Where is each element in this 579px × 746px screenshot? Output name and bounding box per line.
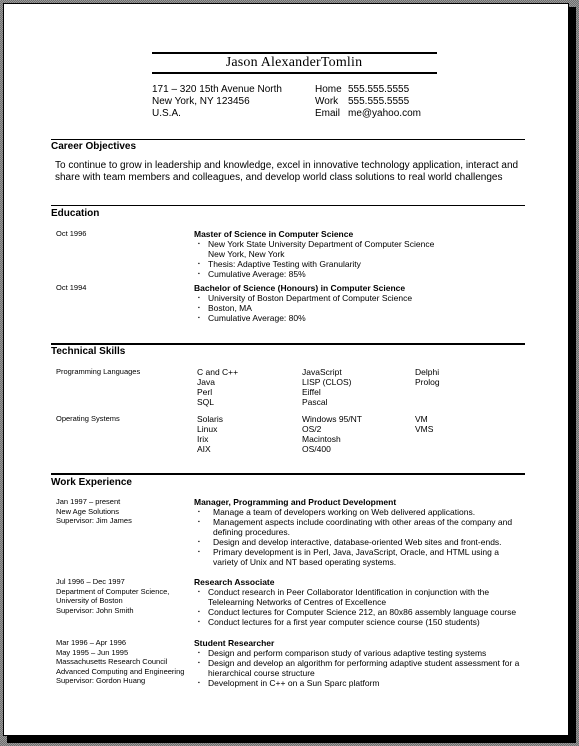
job-employer: Massachusetts Research Council — [56, 657, 184, 667]
job-meta: Jul 1996 – Dec 1997 Department of Comput… — [56, 577, 169, 615]
section-rule — [51, 343, 525, 345]
skill-column: Delphi Prolog — [415, 367, 440, 387]
job-dates: May 1995 – Jun 1995 — [56, 648, 184, 658]
detail-item: Cumulative Average: 85% — [194, 269, 524, 279]
contact-work: Work 555.555.5555 — [315, 96, 421, 108]
skill-column: Windows 95/NT OS/2 Macintosh OS/400 — [302, 414, 362, 454]
skill-item: JavaScript — [302, 367, 351, 377]
job-title: Manager, Programming and Product Develop… — [194, 497, 524, 507]
skill-item: VMS — [415, 424, 433, 434]
job-entry: Student Researcher Design and perform co… — [194, 638, 524, 688]
skill-item: Delphi — [415, 367, 440, 377]
skill-column: C and C++ Java Perl SQL — [197, 367, 238, 407]
degree-details: University of Boston Department of Compu… — [194, 293, 524, 323]
education-entry: Master of Science in Computer Science Ne… — [194, 229, 524, 279]
detail-item: University of Boston Department of Compu… — [194, 293, 524, 303]
degree-title: Master of Science in Computer Science — [194, 229, 524, 239]
duty-item: Management aspects include coordinating … — [194, 517, 524, 537]
degree-details: New York State University Department of … — [194, 239, 524, 279]
skill-group-label: Operating Systems — [56, 414, 120, 424]
skill-item: Solaris — [197, 414, 223, 424]
job-meta: Jan 1997 – present New Age Solutions Sup… — [56, 497, 132, 526]
contact-value: 555.555.5555 — [348, 84, 409, 96]
skill-item: Irix — [197, 434, 223, 444]
job-supervisor: Supervisor: Gordon Huang — [56, 676, 184, 686]
section-rule — [51, 205, 525, 206]
skill-item: VM — [415, 414, 433, 424]
contact-label: Work — [315, 96, 348, 108]
education-date: Oct 1996 — [56, 229, 86, 239]
skill-item: Macintosh — [302, 434, 362, 444]
skill-item: Perl — [197, 387, 238, 397]
job-supervisor: Supervisor: John Smith — [56, 606, 169, 616]
contact-label: Email — [315, 108, 348, 120]
skill-item: Windows 95/NT — [302, 414, 362, 424]
skill-item: SQL — [197, 397, 238, 407]
detail-item: New York State University Department of … — [194, 239, 448, 259]
detail-item: Thesis: Adaptive Testing with Granularit… — [194, 259, 524, 269]
contact-home: Home 555.555.5555 — [315, 84, 421, 96]
job-duties: Conduct research in Peer Collaborator Id… — [194, 587, 524, 627]
duty-item: Conduct lectures for Computer Science 21… — [194, 607, 524, 617]
section-title-career: Career Objectives — [51, 141, 136, 152]
section-rule — [51, 139, 525, 140]
job-meta: Mar 1996 – Apr 1996 May 1995 – Jun 1995 … — [56, 638, 184, 686]
skill-column: VM VMS — [415, 414, 433, 434]
skill-item: Java — [197, 377, 238, 387]
section-title-education: Education — [51, 208, 99, 219]
skill-item: Prolog — [415, 377, 440, 387]
job-entry: Research Associate Conduct research in P… — [194, 577, 524, 627]
duty-item: Design and develop an algorithm for perf… — [194, 658, 524, 678]
job-dates: Jan 1997 – present — [56, 497, 132, 507]
skill-item: Pascal — [302, 397, 351, 407]
duty-item: Design and develop interactive, database… — [194, 537, 524, 547]
address-line: 171 – 320 15th Avenue North — [152, 84, 282, 96]
job-entry: Manager, Programming and Product Develop… — [194, 497, 524, 567]
skill-item: Linux — [197, 424, 223, 434]
duty-item: Conduct lectures for a first year comput… — [194, 617, 524, 627]
skill-group-label: Programming Languages — [56, 367, 140, 377]
job-title: Student Researcher — [194, 638, 524, 648]
job-dates: Mar 1996 – Apr 1996 — [56, 638, 184, 648]
skill-item: LISP (CLOS) — [302, 377, 351, 387]
skill-column: JavaScript LISP (CLOS) Eiffel Pascal — [302, 367, 351, 407]
section-title-work: Work Experience — [51, 477, 132, 488]
duty-item: Primary development is in Perl, Java, Ja… — [194, 547, 524, 567]
degree-title: Bachelor of Science (Honours) in Compute… — [194, 283, 524, 293]
job-employer: Advanced Computing and Engineering — [56, 667, 184, 677]
detail-item: Cumulative Average: 80% — [194, 313, 524, 323]
duty-item: Design and perform comparison study of v… — [194, 648, 524, 658]
skill-item: OS/400 — [302, 444, 362, 454]
job-duties: Design and perform comparison study of v… — [194, 648, 524, 688]
address-block: 171 – 320 15th Avenue North New York, NY… — [152, 84, 282, 120]
skill-column: Solaris Linux Irix AIX — [197, 414, 223, 454]
job-title: Research Associate — [194, 577, 524, 587]
header-top-rule — [152, 52, 437, 54]
contact-value: me@yahoo.com — [348, 108, 421, 120]
duty-item: Development in C++ on a Sun Sparc platfo… — [194, 678, 524, 688]
address-line: U.S.A. — [152, 108, 282, 120]
job-employer: Department of Computer Science, — [56, 587, 169, 597]
header-bottom-rule — [152, 72, 437, 74]
detail-item: Boston, MA — [194, 303, 524, 313]
job-supervisor: Supervisor: Jim James — [56, 516, 132, 526]
candidate-name: Jason AlexanderTomlin — [152, 55, 436, 71]
contact-email: Email me@yahoo.com — [315, 108, 421, 120]
job-duties: Manage a team of developers working on W… — [194, 507, 524, 567]
contact-value: 555.555.5555 — [348, 96, 409, 108]
contact-label: Home — [315, 84, 348, 96]
skill-item: AIX — [197, 444, 223, 454]
education-entry: Bachelor of Science (Honours) in Compute… — [194, 283, 524, 323]
skill-item: Eiffel — [302, 387, 351, 397]
job-employer: New Age Solutions — [56, 507, 132, 517]
section-rule — [51, 473, 525, 475]
career-objective-text: To continue to grow in leadership and kn… — [55, 160, 525, 184]
skill-item: C and C++ — [197, 367, 238, 377]
address-line: New York, NY 123456 — [152, 96, 282, 108]
section-title-skills: Technical Skills — [51, 346, 125, 357]
job-dates: Jul 1996 – Dec 1997 — [56, 577, 169, 587]
duty-item: Manage a team of developers working on W… — [194, 507, 524, 517]
contact-block: Home 555.555.5555 Work 555.555.5555 Emai… — [315, 84, 421, 120]
skill-item: OS/2 — [302, 424, 362, 434]
duty-item: Conduct research in Peer Collaborator Id… — [194, 587, 524, 607]
education-date: Oct 1994 — [56, 283, 86, 293]
job-employer: University of Boston — [56, 596, 169, 606]
